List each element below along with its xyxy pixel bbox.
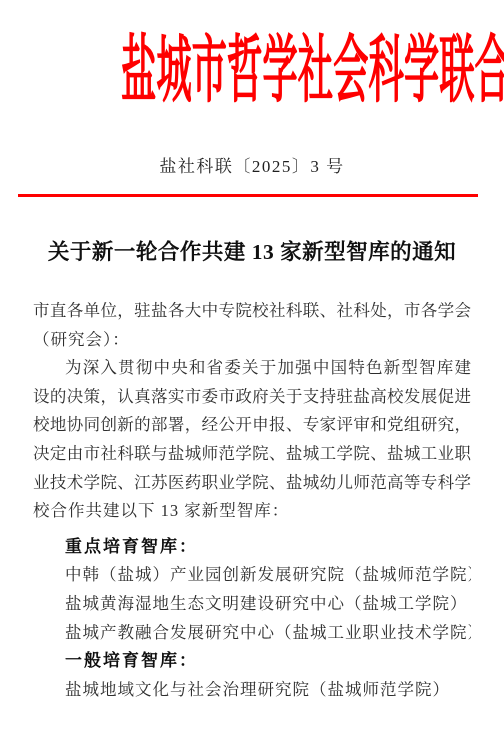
body-line: 决定由市社科联与盐城师范学院、盐城工学院、盐城工业职 <box>33 440 471 469</box>
body-line: 设的决策，认真落实市委市政府关于支持驻盐高校发展促进 <box>33 383 471 412</box>
body-line-section-heading: 一般培育智库： <box>33 647 471 676</box>
document-number: 盐社科联〔2025〕3 号 <box>0 155 504 179</box>
body-line: 为深入贯彻中央和省委关于加强中国特色新型智库建 <box>33 354 471 383</box>
body-line: （研究会）： <box>33 326 471 355</box>
notice-title: 关于新一轮合作共建 13 家新型智库的通知 <box>0 236 504 268</box>
body-line: 中韩（盐城）产业园创新发展研究院（盐城师范学院） <box>33 561 471 590</box>
body-line: 盐城产教融合发展研究中心（盐城工业职业技术学院） <box>33 619 471 648</box>
letterhead-divider <box>18 194 478 197</box>
body-line: 市直各单位，驻盐各大中专院校社科联、社科处，市各学会 <box>33 297 471 326</box>
body-line: 校地协同创新的部署，经公开申报、专家评审和党组研究， <box>33 411 471 440</box>
body-line: 盐城地域文化与社会治理研究院（盐城师范学院） <box>33 676 471 705</box>
body-line: 盐城黄海湿地生态文明建设研究中心（盐城工学院） <box>33 590 471 619</box>
body-line-section-heading: 重点培育智库： <box>33 533 471 562</box>
body-line: 校合作共建以下 13 家新型智库： <box>33 497 471 526</box>
notice-body: 市直各单位，驻盐各大中专院校社科联、社科处，市各学会（研究会）：为深入贯彻中央和… <box>33 297 471 704</box>
body-line: 业技术学院、江苏医药职业学院、盐城幼儿师范高等专科学 <box>33 469 471 498</box>
letterhead-org-name: 盐城市哲学社会科学联合会 <box>121 27 383 113</box>
official-notice-document: 盐城市哲学社会科学联合会 盐社科联〔2025〕3 号 关于新一轮合作共建 13 … <box>0 0 504 733</box>
